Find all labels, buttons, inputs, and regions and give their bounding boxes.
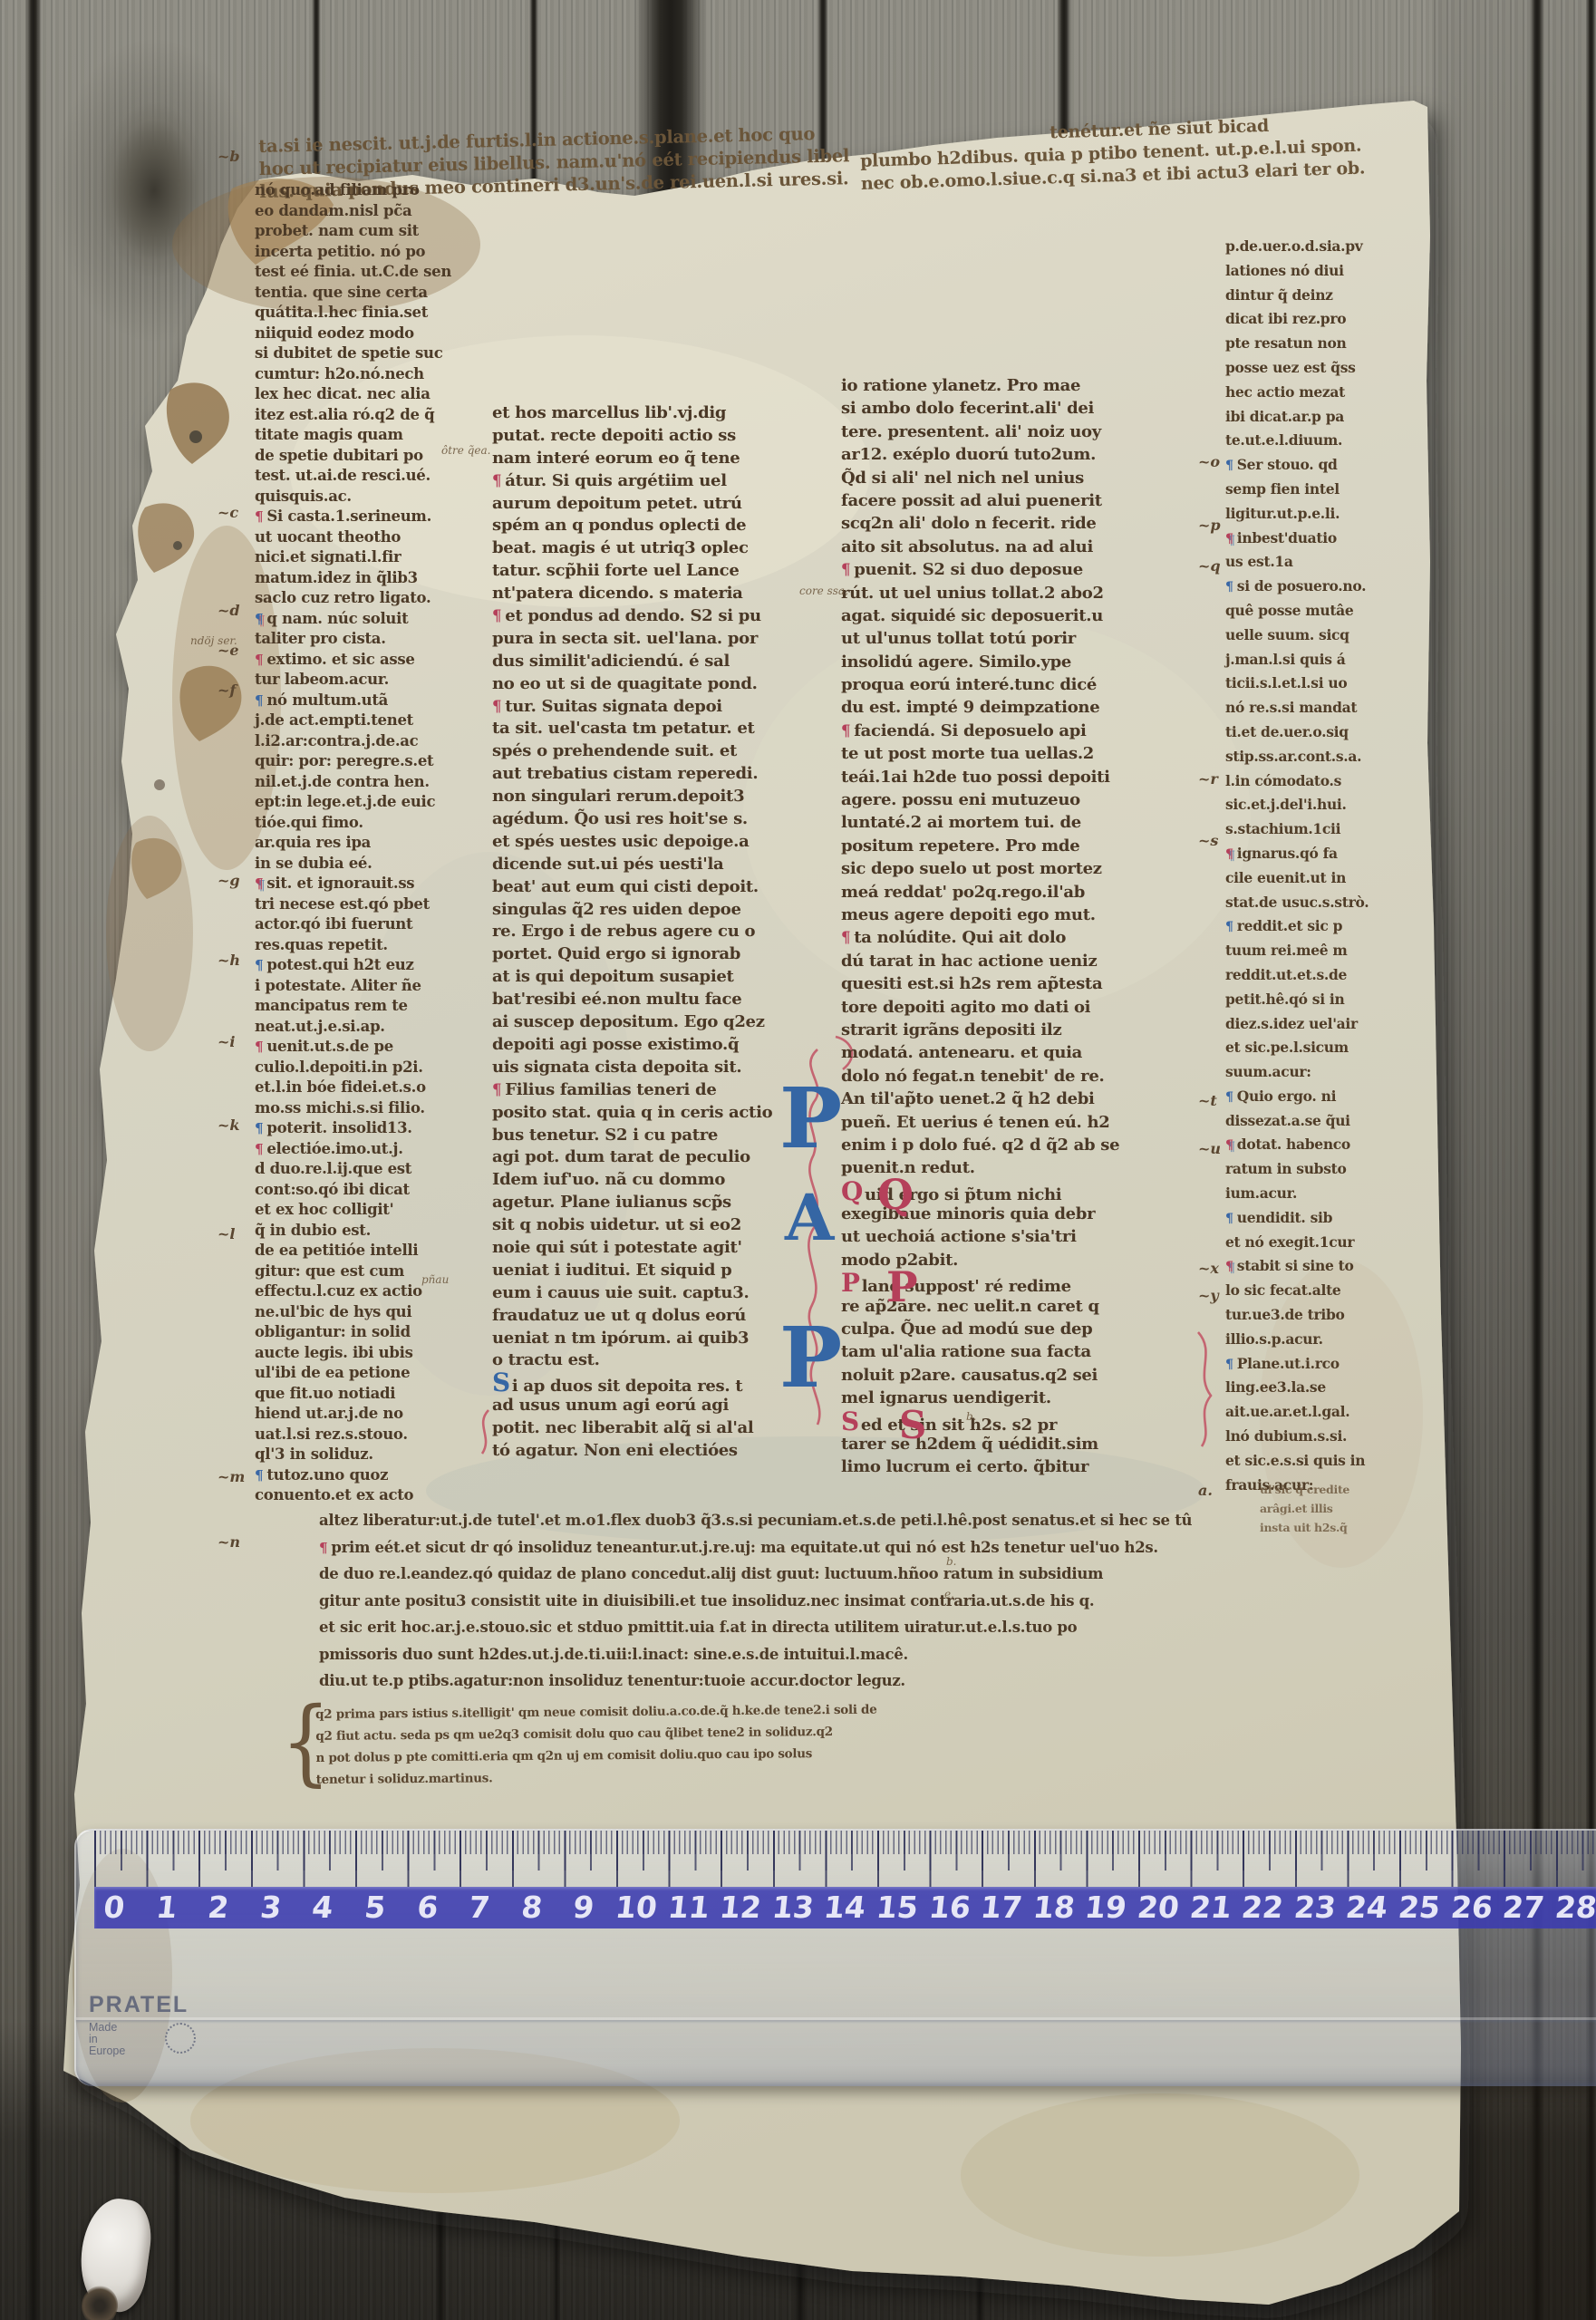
interlinear-note: b. bbox=[966, 1410, 977, 1423]
margin-letter-left: ~b bbox=[218, 148, 240, 165]
manuscript-text-line: bus tenetur. S2 i cu patre bbox=[492, 1126, 772, 1148]
paragraph-mark: ¶ bbox=[841, 928, 850, 946]
manuscript-text-line: obligantur: in solid bbox=[255, 1323, 451, 1344]
manuscript-text-line: pueñ. Et uerius é tenen eú. h2 bbox=[841, 1113, 1119, 1136]
ruler-number: 11 bbox=[666, 1890, 711, 1925]
interlinear-note: core ssa, bbox=[799, 585, 848, 597]
manuscript-text-line: ibi dicat.ar.p pa bbox=[1225, 408, 1369, 432]
manuscript-text-line: proqua eorú interé.tunc dicé bbox=[841, 675, 1119, 698]
paragraph-mark: ¶ bbox=[1225, 1212, 1233, 1226]
manuscript-text-line: tere. presentent. ali' noiz uoy bbox=[841, 422, 1119, 445]
manuscript-text-line: agetur. Plane iulianus scp̃s bbox=[492, 1193, 772, 1215]
text-block-col_left_lines: nó quo.ad filiam proeo dandam.nisl pc̃ap… bbox=[255, 181, 451, 1507]
paragraph-mark: ¶ bbox=[255, 692, 263, 709]
ruler-number: 23 bbox=[1292, 1890, 1338, 1925]
manuscript-text-line: Q̃d si ali' nel nich nel unius bbox=[841, 469, 1119, 491]
manuscript-text-line: et sic.e.s.si quis in bbox=[1225, 1452, 1369, 1476]
manuscript-text-line: modatá. antenearu. et quia bbox=[841, 1043, 1119, 1066]
paragraph-mark: ¶ bbox=[1225, 1358, 1233, 1372]
manuscript-text-line: q̃ in dubio est. bbox=[255, 1222, 451, 1242]
ruler-number: 26 bbox=[1449, 1890, 1494, 1925]
manuscript-text-line: si ambo dolo fecerint.ali' dei bbox=[841, 399, 1119, 421]
margin-letter-right: ~p bbox=[1198, 517, 1221, 534]
manuscript-text-line: nam interé eorum eo q̃ tene bbox=[492, 449, 772, 471]
manuscript-text-line: tore depoiti agito mo dati oi bbox=[841, 998, 1119, 1020]
manuscript-text-line: non singulari rerum.depoit3 bbox=[492, 787, 772, 809]
manuscript-text-line: niiquid eodez modo bbox=[255, 324, 451, 345]
manuscript-text-line: incerta petitio. nó po bbox=[255, 243, 451, 264]
margin-letter-right: ~t bbox=[1198, 1092, 1217, 1109]
ruler-number: 15 bbox=[875, 1890, 920, 1925]
manuscript-text-line: et sic.pe.l.sicum bbox=[1225, 1039, 1369, 1063]
ruler-number: 21 bbox=[1188, 1890, 1233, 1925]
manuscript-text-line: ar12. exéplo duorú tuto2um. bbox=[841, 445, 1119, 468]
manuscript-text-line: aito sit absolutus. na ad alui bbox=[841, 537, 1119, 560]
manuscript-text-line: nici.et signati.l.fir bbox=[255, 548, 451, 569]
manuscript-text-line: ¶poterit. insolid13. bbox=[255, 1119, 451, 1140]
manuscript-text-line: hec actio mezat bbox=[1225, 383, 1369, 408]
photo-of-manuscript: ta.si ie nescit. ut.j.de furtis.l.in act… bbox=[0, 0, 1596, 2320]
manuscript-text-line: lo sic fecat.alte bbox=[1225, 1281, 1369, 1306]
manuscript-text-line: An til'ap̃to uenet.2 q̃ h2 debi bbox=[841, 1089, 1119, 1112]
manuscript-text-line: bat'resibi eé.non multu face bbox=[492, 990, 772, 1012]
manuscript-text-line: uat.l.si rez.s.stouo. bbox=[255, 1426, 451, 1446]
manuscript-text-line: spés o prehendende suit. et bbox=[492, 741, 772, 764]
manuscript-text-line: beat. magis é ut utriq3 oplec bbox=[492, 538, 772, 561]
manuscript-text-line: tur.ue3.de tribo bbox=[1225, 1306, 1369, 1330]
manuscript-text-line: aucte legis. ibi ubis bbox=[255, 1344, 451, 1365]
manuscript-text-line: eo dandam.nisl pc̃a bbox=[255, 202, 451, 223]
manuscript-text-line: positum repetere. Pro mde bbox=[841, 836, 1119, 859]
interlinear-note: e. bbox=[944, 1588, 954, 1600]
manuscript-text-line: nó re.s.si mandat bbox=[1225, 699, 1369, 723]
manuscript-text-line: dissezat.a.se q̃ui bbox=[1225, 1112, 1369, 1136]
manuscript-text-line: luntaté.2 ai mortem tui. de bbox=[841, 813, 1119, 836]
ruler-number: 25 bbox=[1397, 1890, 1442, 1925]
manuscript-text-line: semp fien intel bbox=[1225, 480, 1369, 505]
manuscript-text-line: in se dubia eé. bbox=[255, 855, 451, 875]
manuscript-text-line: titate magis quam bbox=[255, 426, 451, 447]
interlinear-note: ôtre q̃ea. bbox=[441, 444, 490, 457]
manuscript-text-line: taliter pro cista. bbox=[255, 630, 451, 651]
manuscript-text-line: gitur ante positu3 consistit uite in diu… bbox=[319, 1592, 1192, 1619]
manuscript-text-line: no eo ut si de quagitate pond. bbox=[492, 674, 772, 697]
paragraph-mark: ¶ bbox=[255, 652, 263, 668]
manuscript-text-line: ai suscep depositum. Ego q2ez bbox=[492, 1012, 772, 1035]
margin-letter-left: ~g bbox=[218, 872, 240, 889]
margin-letter-right: ~x bbox=[1198, 1260, 1219, 1277]
manuscript-text-line: singulas q̃2 res uiden depoe bbox=[492, 900, 772, 923]
manuscript-text-line: Sed et sin sit h2s. s2 pr bbox=[841, 1412, 1119, 1435]
manuscript-text-line: d duo.re.l.ij.que est bbox=[255, 1160, 451, 1181]
manuscript-text-line: ar.quia res ipa bbox=[255, 834, 451, 855]
paragraph-mark: ¶ bbox=[255, 1120, 263, 1136]
paragraph-mark: ¶ bbox=[255, 957, 263, 973]
manuscript-text-line: us est.1a bbox=[1225, 553, 1369, 577]
manuscript-text-line: agere. possu eni mutuzeuo bbox=[841, 790, 1119, 813]
manuscript-text-line: diez.s.idez uel'air bbox=[1225, 1015, 1369, 1039]
paragraph-mark: ¶ bbox=[492, 1080, 501, 1098]
manuscript-text-line: ut uocant theotho bbox=[255, 528, 451, 549]
margin-letter-right: ~y bbox=[1198, 1287, 1219, 1304]
manuscript-text-line: l.in cómodato.s bbox=[1225, 772, 1369, 797]
manuscript-text-line: ¶et pondus ad dendo. S2 si pu bbox=[492, 606, 772, 629]
paragraph-mark: ¶ bbox=[1225, 1138, 1233, 1153]
text-block-bottom_lines: altez liberatur:ut.j.de tutel'.et m.o1.f… bbox=[319, 1512, 1192, 1699]
manuscript-text-line: aut trebatius cistam reperedi. bbox=[492, 764, 772, 787]
manuscript-text-line: tur labeom.acur. bbox=[255, 671, 451, 691]
margin-letter-left: ~k bbox=[218, 1116, 240, 1134]
margin-letter-right: ~r bbox=[1198, 770, 1218, 788]
paragraph-mark: ¶ bbox=[1225, 580, 1233, 594]
paragraph-mark: ¶ bbox=[492, 471, 501, 489]
manuscript-text-line: dú tarat in hac actione ueniz bbox=[841, 952, 1119, 974]
paragraph-mark: ¶ bbox=[1225, 532, 1233, 546]
ruler-number: 27 bbox=[1501, 1890, 1546, 1925]
decorated-initial: P bbox=[779, 1086, 842, 1153]
manuscript-text-line: ratum in substo bbox=[1225, 1160, 1369, 1184]
manuscript-text-line: cile euenit.ut in bbox=[1225, 869, 1369, 894]
margin-letter-left: ~n bbox=[218, 1533, 240, 1551]
manuscript-text-line: s.stachium.1cii bbox=[1225, 820, 1369, 845]
manuscript-text-line: strarit igrãns depositi ilz bbox=[841, 1020, 1119, 1043]
manuscript-text-line: modo p2abit. bbox=[841, 1251, 1119, 1273]
manuscript-text-line: ¶puenit. S2 si duo deposue bbox=[841, 560, 1119, 583]
manuscript-text-line: dolo nó fegat.n tenebit' de re. bbox=[841, 1067, 1119, 1089]
manuscript-text-line: actor.qó ibi fuerunt bbox=[255, 915, 451, 936]
paragraph-mark: ¶ bbox=[255, 1467, 263, 1484]
interlinear-note: ndöj ser. bbox=[190, 634, 237, 647]
manuscript-text-line: nil.et.j.de contra hen. bbox=[255, 773, 451, 794]
manuscript-text-line: mancipatus rem te bbox=[255, 997, 451, 1018]
manuscript-text-line: Idem iuf'uo. nã cu dommo bbox=[492, 1170, 772, 1193]
margin-letter-left: ~i bbox=[218, 1033, 235, 1050]
colored-initial: P bbox=[841, 1268, 860, 1298]
manuscript-text-line: ¶stabit si sine to bbox=[1225, 1257, 1369, 1281]
text-block-bottom_note_lines: ul'sic q̃ creditearâgi.et illisinsta uit… bbox=[1260, 1483, 1349, 1540]
manuscript-text-line: scq2n ali' dolo n fecerit. ride bbox=[841, 514, 1119, 536]
manuscript-text-line: agat. siquidé sic deposuerit.u bbox=[841, 606, 1119, 629]
paragraph-mark: ¶ bbox=[1225, 847, 1233, 862]
decorated-initial: P bbox=[779, 1325, 842, 1392]
manuscript-text-line: ¶dotat. habenco bbox=[1225, 1136, 1369, 1160]
manuscript-text-line: spém an q pondus oplecti de bbox=[492, 516, 772, 538]
manuscript-text-line: j.de act.empti.tenet bbox=[255, 711, 451, 732]
manuscript-text-line: j.man.l.si quis á bbox=[1225, 651, 1369, 675]
text-block-col_right_lines: p.de.uer.o.d.sia.pvlationes nó diuidintu… bbox=[1225, 237, 1369, 1500]
paragraph-mark: ¶ bbox=[255, 875, 263, 892]
margin-letter-left: ~c bbox=[218, 504, 238, 521]
manuscript-text-line: et.l.in bóe fidei.et.s.o bbox=[255, 1078, 451, 1099]
manuscript-text-line: uis signata cista depoita sit. bbox=[492, 1058, 772, 1080]
margin-letter-left: ~m bbox=[218, 1468, 245, 1485]
manuscript-text-line: nó quo.ad filiam pro bbox=[255, 181, 451, 202]
manuscript-text-line: agédum. Q̃o usi res hoit'se s. bbox=[492, 809, 772, 832]
margin-letter-right: ~s bbox=[1198, 832, 1218, 849]
manuscript-text-line: limo lucrum ei certo. q̃bitur bbox=[841, 1457, 1119, 1480]
manuscript-text-line: ut ul'unus tollat totú porir bbox=[841, 629, 1119, 652]
manuscript-text-line: quir: por: peregre.s.et bbox=[255, 752, 451, 773]
paragraph-mark: ¶ bbox=[1225, 459, 1233, 473]
margin-letter-right: ~q bbox=[1198, 557, 1221, 575]
colored-initial: S bbox=[492, 1368, 510, 1397]
manuscript-text-line: ¶potest.qui h2t euz bbox=[255, 956, 451, 977]
ruler-number: 22 bbox=[1240, 1890, 1285, 1925]
manuscript-text-line: et spés uestes usic depoige.a bbox=[492, 832, 772, 855]
manuscript-text-line: ta sit. uel'casta tm petatur. et bbox=[492, 719, 772, 741]
manuscript-text-line: facere possit ad alui puenerit bbox=[841, 491, 1119, 514]
manuscript-text-line: de ea petitióe intelli bbox=[255, 1242, 451, 1262]
manuscript-text-line: mel ignarus uendigerit. bbox=[841, 1388, 1119, 1411]
manuscript-text-line: et hos marcellus lib'.vj.dig bbox=[492, 403, 772, 426]
manuscript-text-line: quesiti est.si h2s rem ap̃testa bbox=[841, 974, 1119, 997]
ruler-number: 9 bbox=[572, 1890, 596, 1925]
margin-letter-right: ~u bbox=[1198, 1140, 1221, 1157]
paragraph-mark: ¶ bbox=[255, 1039, 263, 1055]
manuscript-text-line: et sic erit hoc.ar.j.e.stouo.sic et stdu… bbox=[319, 1619, 1192, 1646]
manuscript-text-line: quátita.l.hec finia.set bbox=[255, 304, 451, 324]
manuscript-text-line: meus agere depoiti ego mut. bbox=[841, 905, 1119, 928]
manuscript-text-line: te ut post morte tua uellas.2 bbox=[841, 744, 1119, 767]
manuscript-text-line: sic.et.j.del'i.hui. bbox=[1225, 796, 1369, 820]
ruler-number: 10 bbox=[614, 1890, 659, 1925]
manuscript-text-line: ad usus unum agi eorú agi bbox=[492, 1396, 772, 1418]
manuscript-text-line: ti.et de.uer.o.siq bbox=[1225, 723, 1369, 748]
ruler-number: 4 bbox=[311, 1890, 335, 1925]
paragraph-mark: ¶ bbox=[841, 721, 850, 739]
manuscript-text-line: que fit.uo notiadi bbox=[255, 1385, 451, 1406]
decorated-initial: S bbox=[899, 1410, 926, 1441]
manuscript-text-line: noluit p2are. causatus.q2 sei bbox=[841, 1366, 1119, 1388]
ruler-brand-name: PRATEL bbox=[89, 1992, 189, 2018]
ruler-number-band: 0123456789101112131415161718192021222324… bbox=[94, 1887, 1596, 1928]
manuscript-text-line: insolidú agere. Similo.ype bbox=[841, 652, 1119, 675]
manuscript-text-line: ¶reddit.et sic p bbox=[1225, 917, 1369, 942]
paragraph-mark: ¶ bbox=[255, 611, 263, 627]
manuscript-text-line: neat.ut.j.e.si.ap. bbox=[255, 1018, 451, 1039]
manuscript-text-line: ¶uenit.ut.s.de pe bbox=[255, 1038, 451, 1058]
manuscript-text-line: teái.1ai h2de tuo possi depoiti bbox=[841, 768, 1119, 790]
ruler-number: 7 bbox=[468, 1890, 492, 1925]
manuscript-text-line: diu.ut te.p ptibs.agatur:non insoliduz t… bbox=[319, 1672, 1192, 1699]
manuscript-text-line: ueniat n tm ipórum. ai quib3 bbox=[492, 1329, 772, 1351]
ruler-number: 13 bbox=[770, 1890, 816, 1925]
manuscript-text-line: ¶ignarus.qó fa bbox=[1225, 845, 1369, 869]
ruler-number: 3 bbox=[258, 1890, 283, 1925]
manuscript-text-line: posse uez est q̃ss bbox=[1225, 359, 1369, 383]
text-block-col_center_left_lines: et hos marcellus lib'.vj.digputat. recte… bbox=[492, 403, 772, 1464]
paragraph-mark: ¶ bbox=[1225, 1260, 1233, 1274]
europe-stars-circle-icon bbox=[165, 2023, 196, 2054]
colored-initial: Q bbox=[841, 1176, 863, 1206]
manuscript-text-line: agi pot. dum tarat de peculio bbox=[492, 1147, 772, 1170]
manuscript-text-line: dintur q̃ deinz bbox=[1225, 286, 1369, 311]
manuscript-text-line: ¶Ser stouo. qd bbox=[1225, 456, 1369, 480]
manuscript-text-line: stip.ss.ar.cont.s.a. bbox=[1225, 748, 1369, 772]
manuscript-text-line: nt'patera dicendo. s materia bbox=[492, 584, 772, 606]
manuscript-text-line: test eé finia. ut.C.de sen bbox=[255, 263, 451, 284]
manuscript-text-line: insta uit h2s.q̃ bbox=[1260, 1521, 1349, 1540]
manuscript-text-line: l.i2.ar:contra.j.de.ac bbox=[255, 732, 451, 753]
manuscript-text-line: culpa. Q̃ue ad modú sue dep bbox=[841, 1319, 1119, 1342]
manuscript-text-line: de duo re.l.eandez.qó quidaz de plano co… bbox=[319, 1565, 1192, 1592]
manuscript-text-line: ¶prim eét.et sicut dr qó insoliduz tenea… bbox=[319, 1539, 1192, 1566]
manuscript-text-line: test. ut.ai.de resci.ué. bbox=[255, 467, 451, 488]
margin-letter-left: ~f bbox=[218, 681, 236, 699]
manuscript-text-line: ¶extimo. et sic asse bbox=[255, 651, 451, 672]
manuscript-text-line: et nó exegit.1cur bbox=[1225, 1233, 1369, 1258]
paragraph-mark: ¶ bbox=[492, 606, 501, 624]
manuscript-text-line: potit. nec liberabit alq̃ si al'al bbox=[492, 1418, 772, 1441]
manuscript-text-line: itez est.alia ró.q2 de q̃ bbox=[255, 406, 451, 427]
manuscript-text-line: tatur. scp̃hii forte uel Lance bbox=[492, 561, 772, 584]
manuscript-text-line: ¶uendidit. sib bbox=[1225, 1209, 1369, 1233]
manuscript-text-line: matum.idez in q̃lib3 bbox=[255, 569, 451, 590]
ruler-number: 28 bbox=[1553, 1890, 1596, 1925]
manuscript-text-line: suum.acur: bbox=[1225, 1063, 1369, 1087]
manuscript-text-line: dus similit'adiciendú. é sal bbox=[492, 652, 772, 674]
manuscript-text-line: lex hec dicat. nec alia bbox=[255, 385, 451, 406]
text-block-col_center_right_lines: io ratione ylanetz. Pro maesi ambo dolo … bbox=[841, 376, 1119, 1481]
manuscript-text-line: conuento.et ex acto bbox=[255, 1486, 451, 1507]
manuscript-text-line: aurum depoitum petet. utrú bbox=[492, 494, 772, 517]
manuscript-text-line: at is qui depoitum susapiet bbox=[492, 967, 772, 990]
manuscript-text-line: beat' aut eum qui cisti depoit. bbox=[492, 877, 772, 900]
transparent-ruler: 0123456789101112131415161718192021222324… bbox=[74, 1829, 1596, 2086]
manuscript-text-line: pmissoris duo sunt h2des.ut.j.de.ti.uii:… bbox=[319, 1646, 1192, 1673]
manuscript-text-line: i potestate. Aliter ñe bbox=[255, 977, 451, 998]
manuscript-text-line: stat.de usuc.s.strò. bbox=[1225, 894, 1369, 918]
manuscript-text-line: de spetie dubitari po bbox=[255, 447, 451, 468]
paragraph-mark: ¶ bbox=[255, 1141, 263, 1157]
manuscript-text-line: eum i cauus uie suit. captu3. bbox=[492, 1283, 772, 1306]
manuscript-text-line: ¶ta nolúdite. Qui ait dolo bbox=[841, 928, 1119, 951]
ruler-number: 12 bbox=[718, 1890, 763, 1925]
interlinear-note: b. bbox=[946, 1555, 957, 1568]
paragraph-mark: ¶ bbox=[1225, 1090, 1233, 1105]
manuscript-text-line: ¶q nam. núc soluit bbox=[255, 610, 451, 631]
manuscript-text-line: ¶electióe.imo.ut.j. bbox=[255, 1140, 451, 1161]
colored-initial: S bbox=[841, 1406, 859, 1436]
manuscript-text-line: dicat ibi rez.pro bbox=[1225, 310, 1369, 334]
manuscript-text-line: mo.ss michi.s.si filio. bbox=[255, 1099, 451, 1120]
manuscript-text-line: ium.acur. bbox=[1225, 1184, 1369, 1209]
manuscript-text-line: lnó dubium.s.si. bbox=[1225, 1427, 1369, 1452]
manuscript-text-line: pte resatun non bbox=[1225, 334, 1369, 359]
decorated-initial: Q bbox=[877, 1178, 914, 1212]
ruler-number: 14 bbox=[822, 1890, 867, 1925]
manuscript-text-line: culio.l.depoiti.in p2i. bbox=[255, 1058, 451, 1079]
ruler-number: 17 bbox=[979, 1890, 1024, 1925]
manuscript-text-line: ¶Si casta.1.serineum. bbox=[255, 507, 451, 528]
manuscript-text-line: ¶tur. Suitas signata depoi bbox=[492, 697, 772, 720]
manuscript-text-line: ¶Quio ergo. ni bbox=[1225, 1087, 1369, 1112]
manuscript-text-line: ¶nó multum.utã bbox=[255, 691, 451, 712]
paragraph-mark: ¶ bbox=[319, 1540, 327, 1556]
paragraph-mark: ¶ bbox=[1225, 920, 1233, 934]
manuscript-text-line: ueniat i iuditui. Et siquid p bbox=[492, 1261, 772, 1283]
manuscript-text-line: reddit.ut.et.s.de bbox=[1225, 966, 1369, 991]
manuscript-text-line: tri necese est.qó pbet bbox=[255, 895, 451, 916]
manuscript-text-line: hiend ut.ar.j.de no bbox=[255, 1405, 451, 1426]
margin-letter-right: ~o bbox=[1198, 453, 1220, 470]
ruler-number: 0 bbox=[102, 1890, 126, 1925]
manuscript-text-line: ¶si de posuero.no. bbox=[1225, 577, 1369, 602]
manuscript-text-line: ¶faciendá. Si deposuelo api bbox=[841, 721, 1119, 744]
manuscript-text-line: pura in secta sit. uel'lana. por bbox=[492, 629, 772, 652]
manuscript-text-line: ¶Filius familias teneri de bbox=[492, 1080, 772, 1103]
manuscript-text-line: te.ut.e.l.diuum. bbox=[1225, 431, 1369, 456]
manuscript-text-line: tentia. que sine certa bbox=[255, 284, 451, 304]
manuscript-text-line: Plane suppost' ré redime bbox=[841, 1273, 1119, 1296]
interlinear-note: pñau bbox=[421, 1273, 449, 1286]
manuscript-text-line: sit q nobis uidetur. ut si eo2 bbox=[492, 1215, 772, 1238]
manuscript-text-line: ¶sit. et ignorauit.ss bbox=[255, 875, 451, 895]
margin-letter-left: ~h bbox=[218, 952, 240, 969]
manuscript-text-line: tuum rei.meê m bbox=[1225, 942, 1369, 966]
manuscript-text-line: sic depo suelo ut post mortez bbox=[841, 859, 1119, 882]
annotation-brace: { bbox=[281, 1687, 331, 1796]
manuscript-text-line: illio.s.p.acur. bbox=[1225, 1330, 1369, 1355]
manuscript-text-line: re. Ergo i de rebus agere cu o bbox=[492, 922, 772, 944]
ruler-number: 6 bbox=[415, 1890, 440, 1925]
manuscript-text-line: cont:so.qó ibi dicat bbox=[255, 1181, 451, 1202]
ruler-groove bbox=[76, 2017, 1596, 2020]
margin-letter-left: ~d bbox=[218, 602, 240, 619]
manuscript-text-line: ql'3 in soliduz. bbox=[255, 1445, 451, 1466]
manuscript-text-line: tióe.qui fimo. bbox=[255, 814, 451, 835]
manuscript-text-line: ait.ue.ar.et.l.gal. bbox=[1225, 1403, 1369, 1427]
manuscript-text-line: o tractu est. bbox=[492, 1350, 772, 1373]
manuscript-text-line: cumtur: h2o.nó.nech bbox=[255, 365, 451, 386]
manuscript-text-line: fraudatuz ue ut q dolus eorú bbox=[492, 1306, 772, 1329]
paragraph-mark: ¶ bbox=[841, 560, 850, 578]
manuscript-text-line: p.de.uer.o.d.sia.pv bbox=[1225, 237, 1369, 262]
manuscript-text-line: io ratione ylanetz. Pro mae bbox=[841, 376, 1119, 399]
manuscript-text-line: ¶Plane.ut.i.rco bbox=[1225, 1355, 1369, 1379]
manuscript-text-line: depoiti agi posse existimo.q̃ bbox=[492, 1035, 772, 1058]
manuscript-text-line: tó agatur. Non eni electióes bbox=[492, 1441, 772, 1464]
manuscript-text-line: putat. recte depoiti actio ss bbox=[492, 426, 772, 449]
paragraph-mark: ¶ bbox=[492, 697, 501, 715]
ruler-number: 20 bbox=[1136, 1890, 1181, 1925]
ruler-number: 19 bbox=[1083, 1890, 1128, 1925]
manuscript-text-line: tam ul'alia ratione sua facta bbox=[841, 1342, 1119, 1365]
ruler-number: 1 bbox=[154, 1890, 179, 1925]
ruler-number: 18 bbox=[1031, 1890, 1077, 1925]
decorated-initial: P bbox=[886, 1271, 918, 1304]
manuscript-text-line: probet. nam cum sit bbox=[255, 222, 451, 243]
manuscript-text-line: rút. ut uel unius tollat.2 abo2 bbox=[841, 584, 1119, 606]
manuscript-text-line: enim i p dolo fué. q2 d q̃2 ab se bbox=[841, 1136, 1119, 1158]
manuscript-text-line: res.quas repetit. bbox=[255, 936, 451, 957]
manuscript-text-line: Si ap duos sit depoita res. t bbox=[492, 1373, 772, 1396]
manuscript-text-line: lationes nó diui bbox=[1225, 262, 1369, 286]
manuscript-text-line: ling.ee3.la.se bbox=[1225, 1378, 1369, 1403]
manuscript-text-line: ut uechoiá actione s'sia'tri bbox=[841, 1227, 1119, 1250]
decorated-initial: A bbox=[785, 1193, 834, 1243]
manuscript-text-line: uelle suum. sicq bbox=[1225, 626, 1369, 651]
manuscript-text-line: ¶tutoz.uno quoz bbox=[255, 1466, 451, 1487]
manuscript-text-line: ne.ul'bic de hys qui bbox=[255, 1303, 451, 1324]
manuscript-text-line: ticii.s.l.et.l.si uo bbox=[1225, 674, 1369, 699]
text-block-annotation_lines: q2 prima pars istius s.itelligit' qm neu… bbox=[315, 1703, 877, 1794]
manuscript-text-line: ¶átur. Si quis argétiim uel bbox=[492, 471, 772, 494]
manuscript-text-line: ligitur.ut.p.e.li. bbox=[1225, 505, 1369, 529]
manuscript-text-line: portet. Quid ergo si ignorab bbox=[492, 944, 772, 967]
ruler-number: 8 bbox=[519, 1890, 544, 1925]
margin-letter-left: ~l bbox=[218, 1225, 235, 1242]
